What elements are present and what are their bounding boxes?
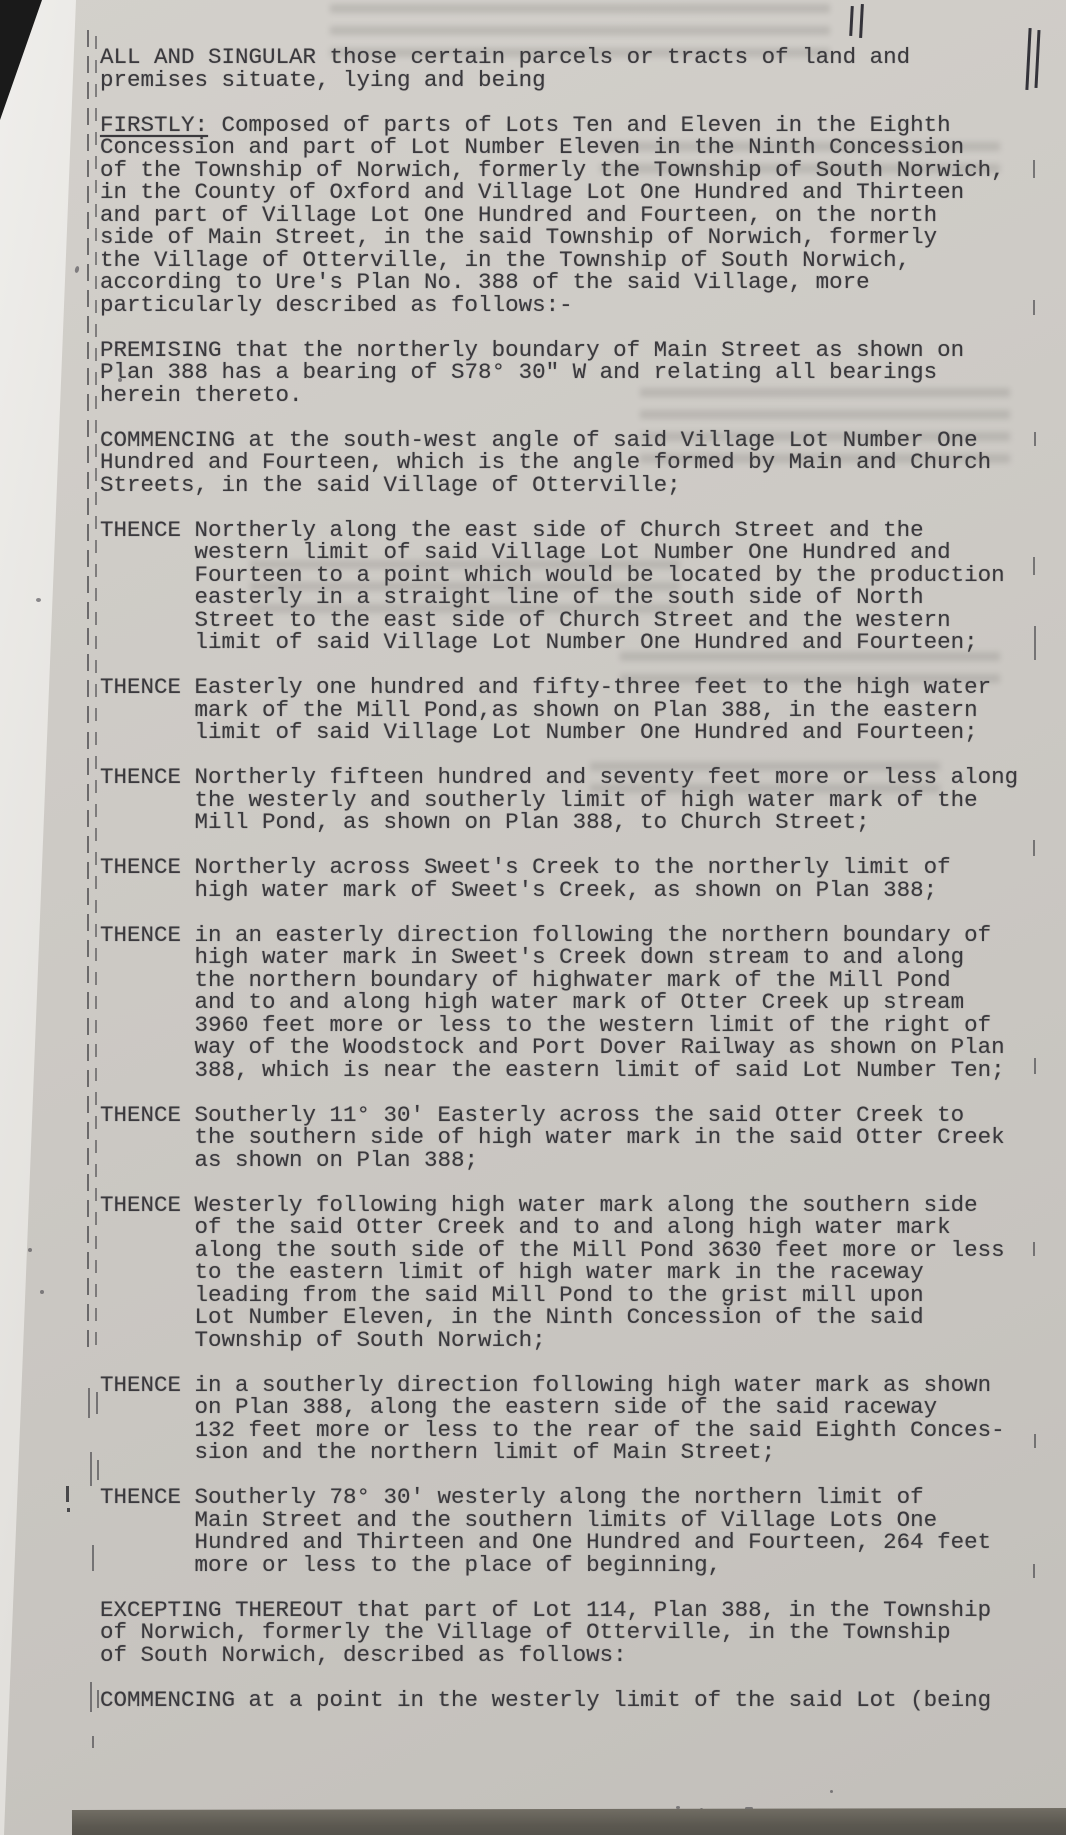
doc-line: of the said Otter Creek and to and along… <box>100 1216 1066 1239</box>
doc-line: sion and the northern limit of Main Stre… <box>100 1441 1066 1464</box>
doc-line: more or less to the place of beginning, <box>100 1554 1066 1577</box>
paragraph-excepting: EXCEPTING THEREOUT that part of Lot 114,… <box>100 1599 1066 1667</box>
doc-line: THENCE in a southerly direction followin… <box>100 1374 1066 1397</box>
doc-line: Main Street and the southern limits of V… <box>100 1509 1066 1532</box>
doc-line: THENCE Southerly 78° 30' westerly along … <box>100 1486 1066 1509</box>
doc-line: ALL AND SINGULAR those certain parcels o… <box>100 46 1066 69</box>
doc-line: way of the Woodstock and Port Dover Rail… <box>100 1036 1066 1059</box>
doc-line: Mill Pond, as shown on Plan 388, to Chur… <box>100 811 1066 834</box>
doc-line: Lot Number Eleven, in the Ninth Concessi… <box>100 1306 1066 1329</box>
doc-line: the Village of Otterville, in the Townsh… <box>100 249 1066 272</box>
paragraph-premising: PREMISING that the northerly boundary of… <box>100 339 1066 407</box>
doc-line: to the eastern limit of high water mark … <box>100 1261 1066 1284</box>
doc-line: Hundred and Thirteen and One Hundred and… <box>100 1531 1066 1554</box>
doc-line: Streets, in the said Village of Ottervil… <box>100 474 1066 497</box>
doc-line: FIRSTLY: Composed of parts of Lots Ten a… <box>100 114 1066 137</box>
doc-line: THENCE Easterly one hundred and fifty-th… <box>100 676 1066 699</box>
doc-line: according to Ure's Plan No. 388 of the s… <box>100 271 1066 294</box>
doc-line: easterly in a straight line of the south… <box>100 586 1066 609</box>
doc-line: 3960 feet more or less to the western li… <box>100 1014 1066 1037</box>
doc-line: limit of said Village Lot Number One Hun… <box>100 631 1066 654</box>
scanned-deed-page: ALL AND SINGULAR those certain parcels o… <box>0 0 1066 1835</box>
doc-line: and to and along high water mark of Otte… <box>100 991 1066 1014</box>
doc-line: and part of Village Lot One Hundred and … <box>100 204 1066 227</box>
doc-line: the northern boundary of highwater mark … <box>100 969 1066 992</box>
paragraph-commencing-1: COMMENCING at the south-west angle of sa… <box>100 429 1066 497</box>
doc-line: 132 feet more or less to the rear of the… <box>100 1419 1066 1442</box>
doc-line: THENCE Westerly following high water mar… <box>100 1194 1066 1217</box>
doc-line: high water mark in Sweet's Creek down st… <box>100 946 1066 969</box>
doc-line: THENCE Southerly 11° 30' Easterly across… <box>100 1104 1066 1127</box>
paragraph-thence-9: THENCE Southerly 78° 30' westerly along … <box>100 1486 1066 1576</box>
paragraph-thence-5: THENCE in an easterly direction followin… <box>100 924 1066 1082</box>
doc-line: leading from the said Mill Pond to the g… <box>100 1284 1066 1307</box>
doc-line: Fourteen to a point which would be locat… <box>100 564 1066 587</box>
paragraph-thence-2: THENCE Easterly one hundred and fifty-th… <box>100 676 1066 744</box>
paragraph-thence-8: THENCE in a southerly direction followin… <box>100 1374 1066 1464</box>
doc-line: along the south side of the Mill Pond 36… <box>100 1239 1066 1262</box>
paragraph-thence-4: THENCE Northerly across Sweet's Creek to… <box>100 856 1066 901</box>
doc-line: Hundred and Fourteen, which is the angle… <box>100 451 1066 474</box>
doc-line: mark of the Mill Pond,as shown on Plan 3… <box>100 699 1066 722</box>
doc-line: of South Norwich, described as follows: <box>100 1644 1066 1667</box>
doc-line: western limit of said Village Lot Number… <box>100 541 1066 564</box>
doc-line: COMMENCING at a point in the westerly li… <box>100 1689 1066 1712</box>
paragraph-intro: ALL AND SINGULAR those certain parcels o… <box>100 46 1066 91</box>
doc-line: as shown on Plan 388; <box>100 1149 1066 1172</box>
doc-line: the southern side of high water mark in … <box>100 1126 1066 1149</box>
doc-line: THENCE in an easterly direction followin… <box>100 924 1066 947</box>
paragraph-firstly: FIRSTLY: Composed of parts of Lots Ten a… <box>100 114 1066 317</box>
doc-line: 388, which is near the eastern limit of … <box>100 1059 1066 1082</box>
paragraph-thence-1: THENCE Northerly along the east side of … <box>100 519 1066 654</box>
doc-line: the westerly and southerly limit of high… <box>100 789 1066 812</box>
doc-line: high water mark of Sweet's Creek, as sho… <box>100 879 1066 902</box>
doc-line: of Norwich, formerly the Village of Otte… <box>100 1621 1066 1644</box>
doc-line: Street to the east side of Church Street… <box>100 609 1066 632</box>
ink-speck <box>830 1790 833 1793</box>
doc-line: of the Township of Norwich, formerly the… <box>100 159 1066 182</box>
doc-line: on Plan 388, along the eastern side of t… <box>100 1396 1066 1419</box>
doc-line: THENCE Northerly fifteen hundred and sev… <box>100 766 1066 789</box>
doc-line: THENCE Northerly across Sweet's Creek to… <box>100 856 1066 879</box>
bottom-page-edge <box>72 1808 1066 1835</box>
doc-line: Township of South Norwich; <box>100 1329 1066 1352</box>
doc-line: premises situate, lying and being <box>100 69 1066 92</box>
document-text: ALL AND SINGULAR those certain parcels o… <box>0 0 1066 1734</box>
doc-line: in the County of Oxford and Village Lot … <box>100 181 1066 204</box>
doc-line: COMMENCING at the south-west angle of sa… <box>100 429 1066 452</box>
doc-line: particularly described as follows:- <box>100 294 1066 317</box>
doc-line: THENCE Northerly along the east side of … <box>100 519 1066 542</box>
doc-line: limit of said Village Lot Number One Hun… <box>100 721 1066 744</box>
doc-line: herein thereto. <box>100 384 1066 407</box>
doc-line: Plan 388 has a bearing of S78° 30" W and… <box>100 361 1066 384</box>
doc-line: Concession and part of Lot Number Eleven… <box>100 136 1066 159</box>
doc-line: EXCEPTING THEREOUT that part of Lot 114,… <box>100 1599 1066 1622</box>
paragraph-commencing-2: COMMENCING at a point in the westerly li… <box>100 1689 1066 1712</box>
paragraph-thence-7: THENCE Westerly following high water mar… <box>100 1194 1066 1352</box>
doc-line: side of Main Street, in the said Townshi… <box>100 226 1066 249</box>
paragraph-thence-3: THENCE Northerly fifteen hundred and sev… <box>100 766 1066 834</box>
doc-line: PREMISING that the northerly boundary of… <box>100 339 1066 362</box>
left-margin-mark <box>92 1736 94 1748</box>
paragraph-thence-6: THENCE Southerly 11° 30' Easterly across… <box>100 1104 1066 1172</box>
